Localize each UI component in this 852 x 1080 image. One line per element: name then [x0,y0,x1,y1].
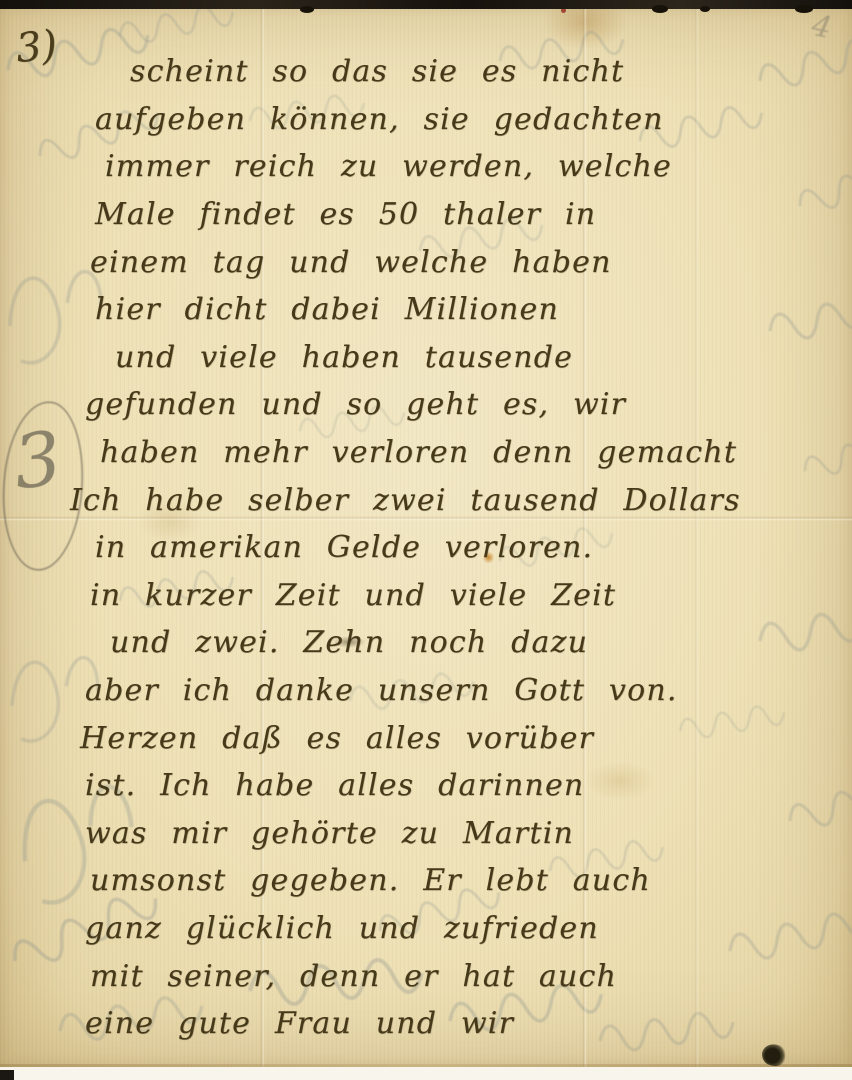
scan-edge-blob [795,5,813,13]
handwritten-line: ist. Ich habe alles darinnen [0,762,852,810]
scan-top-edge [0,0,852,9]
handwritten-line: scheint so das sie es nicht [0,48,852,96]
letter-scan: 3) 3 4 scheint so das sie es nicht aufge… [0,0,852,1080]
handwritten-line: aber ich danke unsern Gott von. [0,667,852,715]
handwritten-line: Ich habe selber zwei tausend Dollars [0,476,852,524]
handwritten-line: und viele haben tausende [0,334,852,382]
handwritten-line: eine gute Frau und wir [0,1000,852,1048]
ink-smudge [332,636,366,648]
handwritten-line: Herzen daß es alles vorüber [0,714,852,762]
handwritten-line: in amerikan Gelde verloren. [0,524,852,572]
scan-corner-shadow [0,1070,14,1080]
handwritten-line: hier dicht dabei Millionen [0,286,852,334]
handwritten-line: Male findet es 50 thaler in [0,191,852,239]
handwritten-line: umsonst gegeben. Er lebt auch [0,857,852,905]
handwritten-line: und zwei. Zehn noch dazu [0,619,852,667]
handwritten-text-block: scheint so das sie es nicht aufgeben kön… [0,48,852,1047]
handwritten-line: gefunden und so geht es, wir [0,381,852,429]
handwritten-line: immer reich zu werden, welche [0,143,852,191]
scan-edge-blob [700,6,710,12]
handwritten-line: einem tag und welche haben [0,238,852,286]
handwritten-line: was mir gehörte zu Martin [0,810,852,858]
handwritten-line: in kurzer Zeit und viele Zeit [0,572,852,620]
scan-edge-blob [652,5,668,13]
handwritten-line: mit seiner, denn er hat auch [0,952,852,1000]
scan-edge-blob [300,6,314,13]
handwritten-line: haben mehr verloren denn gemacht [0,429,852,477]
handwritten-line: aufgeben können, sie gedachten [0,96,852,144]
handwritten-line: ganz glücklich und zufrieden [0,905,852,953]
paper-bottom-edge [0,1064,852,1067]
